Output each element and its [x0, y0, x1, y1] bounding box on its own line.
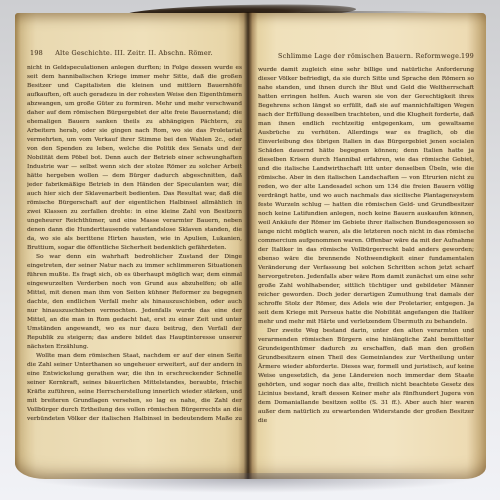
paragraph: Der zweite Weg bestand darin, unter den … [258, 327, 474, 426]
left-header-title: Alte Geschichte. III. Zeitr. II. Abschn.… [28, 49, 240, 57]
paragraph: So war denn ein wahrhaft bedrohlicher Zu… [27, 253, 242, 352]
book-photo: 198 Alte Geschichte. III. Zeitr. II. Abs… [0, 0, 500, 500]
right-header-title: Schlimme Lage der römischen Bauern. Refo… [256, 52, 474, 60]
paragraph: wurde damit zugleich eine sehr billige u… [258, 66, 474, 327]
left-page-number: 198 [30, 49, 43, 57]
book-shadow [25, 473, 475, 493]
right-running-header: Schlimme Lage der römischen Bauern. Refo… [256, 52, 474, 60]
right-page-number: 199 [461, 52, 474, 60]
left-page-text: nicht in Geldspeculationen anlegen durft… [27, 64, 242, 424]
right-page-text: wurde damit zugleich eine sehr billige u… [258, 66, 474, 430]
paragraph: Wollte man dem römischen Staat, nachdem … [27, 352, 242, 424]
paragraph: nicht in Geldspeculationen anlegen durft… [27, 64, 242, 253]
left-running-header: 198 Alte Geschichte. III. Zeitr. II. Abs… [28, 49, 240, 57]
